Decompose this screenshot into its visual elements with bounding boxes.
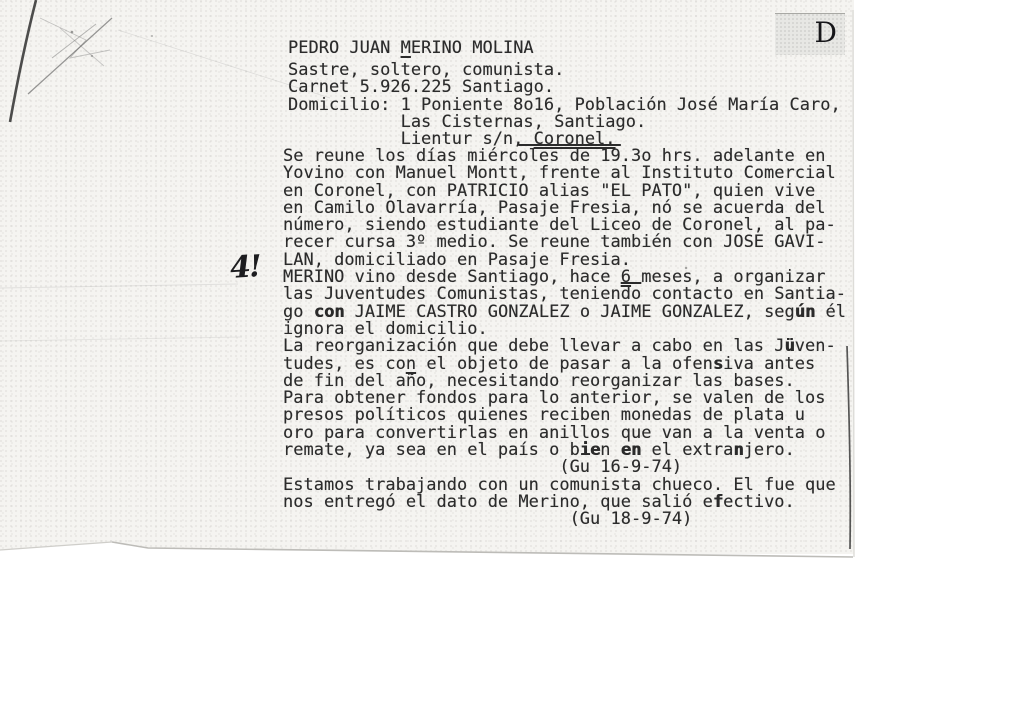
typed-segment: f (713, 492, 723, 512)
index-card-paper: D 4! PEDRO JUAN MERINO MOLINA Sastre, so… (0, 0, 854, 554)
typed-line: (Gu 18-9-74) (283, 511, 846, 528)
scanned-document-page: D 4! PEDRO JUAN MERINO MOLINA Sastre, so… (0, 0, 1012, 717)
corner-label-box: D (775, 13, 845, 55)
page-background-right (854, 0, 1012, 717)
typed-segment: PEDRO JUAN (288, 38, 401, 58)
typed-segment: (Gu 18-9-74) (283, 509, 692, 529)
typed-segment: ectivo. (723, 492, 795, 512)
corner-letter: D (815, 16, 837, 50)
typed-segment: él (815, 302, 846, 322)
typed-segment: jero. (744, 440, 795, 460)
subject-info-block: Sastre, soltero, comunista.Carnet 5.926.… (288, 62, 841, 148)
document-title: PEDRO JUAN MERINO MOLINA (288, 38, 534, 58)
typed-segment: n (733, 440, 743, 460)
report-body-block: Se reune los días miércoles de 19.3o hrs… (283, 148, 846, 529)
page-background-bottom (0, 542, 1012, 717)
typed-segment: ún (795, 302, 815, 322)
typed-segment: M (401, 38, 411, 58)
handwritten-margin-note: 4! (229, 249, 261, 286)
typed-segment: ERINO MOLINA (411, 38, 534, 58)
